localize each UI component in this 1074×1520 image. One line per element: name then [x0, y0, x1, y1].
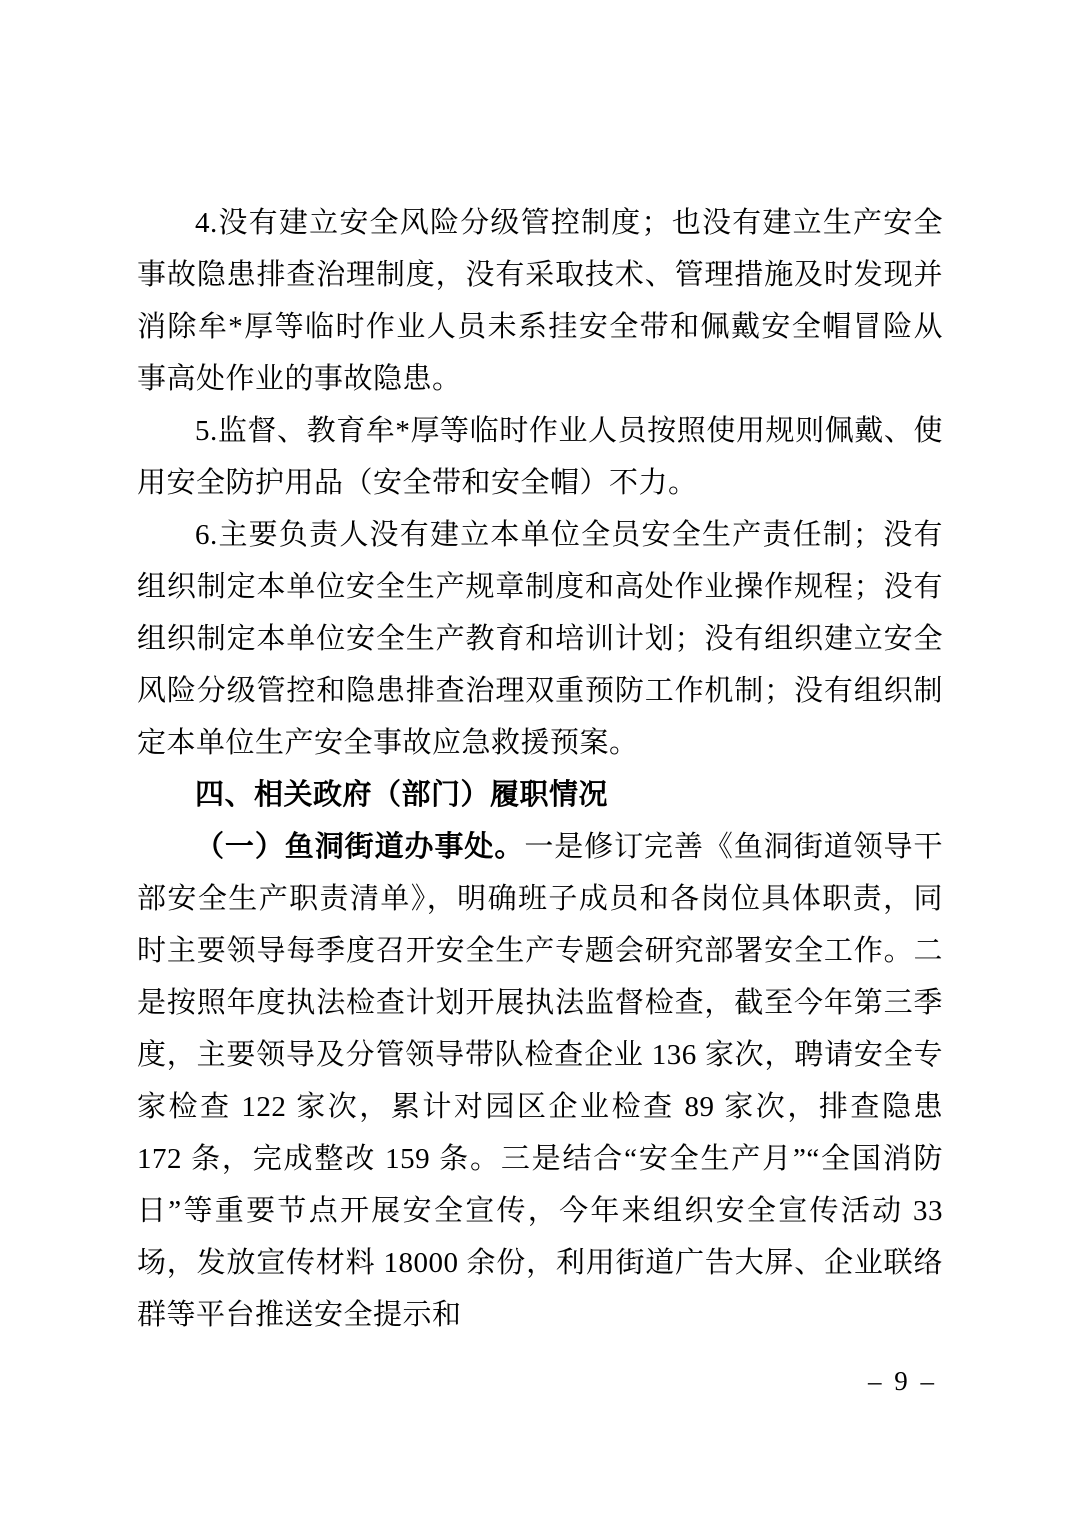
paragraph-subsection-1: （一）鱼洞街道办事处。一是修订完善《鱼洞街道领导干部安全生产职责清单》，明确班子…	[137, 821, 943, 1341]
paragraph-item-6: 6.主要负责人没有建立本单位全员安全生产责任制；没有组织制定本单位安全生产规章制…	[137, 509, 943, 769]
subsection-text: 一是修订完善《鱼洞街道领导干部安全生产职责清单》，明确班子成员和各岗位具体职责，…	[137, 831, 943, 1331]
paragraph-item-5: 5.监督、教育牟*厚等临时作业人员按照使用规则佩戴、使用安全防护用品（安全带和安…	[137, 405, 943, 509]
page-number: – 9 –	[868, 1366, 937, 1396]
paragraph-item-4: 4.没有建立安全风险分级管控制度；也没有建立生产安全事故隐患排查治理制度，没有采…	[137, 197, 943, 405]
section-heading: 四、相关政府（部门）履职情况	[137, 769, 943, 821]
subsection-lead: （一）鱼洞街道办事处。	[195, 831, 524, 863]
document-body: 4.没有建立安全风险分级管控制度；也没有建立生产安全事故隐患排查治理制度，没有采…	[137, 197, 943, 1341]
document-page: 4.没有建立安全风险分级管控制度；也没有建立生产安全事故隐患排查治理制度，没有采…	[0, 0, 1074, 1520]
